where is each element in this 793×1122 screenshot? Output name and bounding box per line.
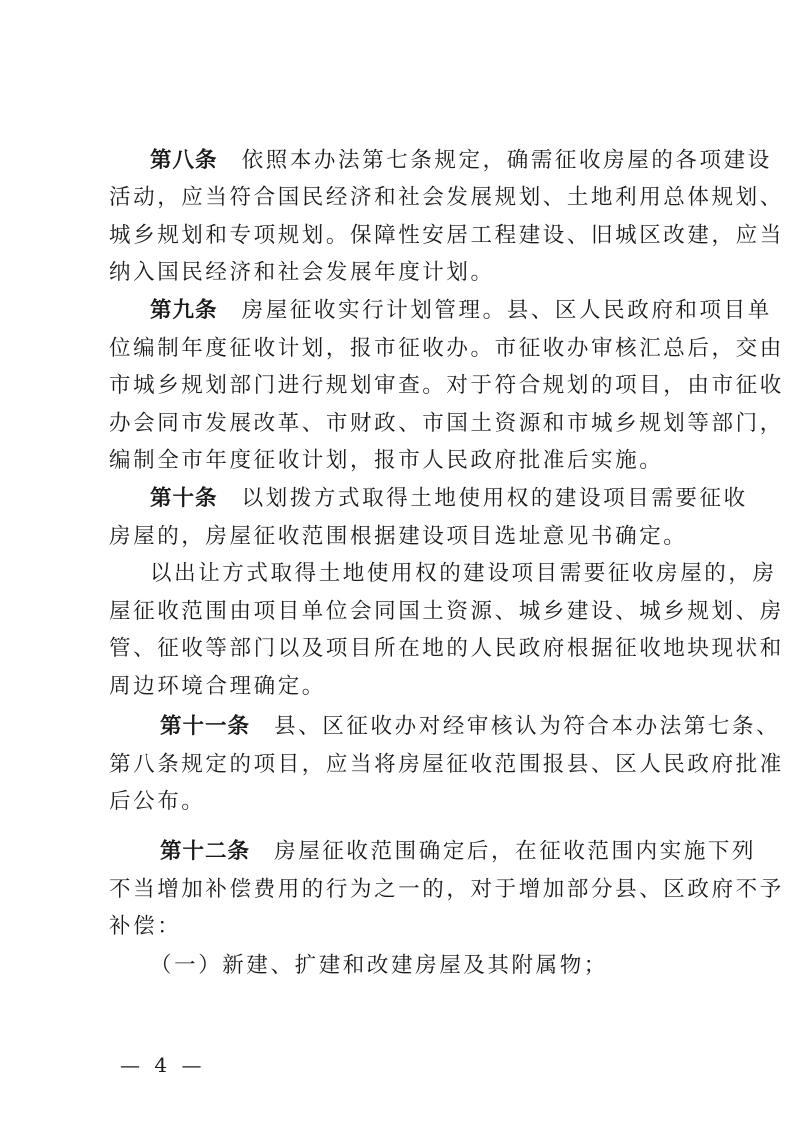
article-10-para2-line-1: 以出让方式取得土地使用权的建设项目需要征收房屋的，房: [150, 559, 777, 589]
article-11-line-1: 第十一条 县、区征收办对经审核认为符合本办法第七条、: [160, 712, 780, 742]
article-11-line-3: 后公布。: [109, 787, 205, 817]
article-12-line-3: 补偿：: [109, 912, 181, 942]
article-10-line-1: 第十条 以划拨方式取得土地使用权的建设项目需要征收: [150, 484, 748, 514]
article-9-line-5: 编制全市年度征收计划，报市人民政府批准后实施。: [109, 446, 663, 476]
article-8-line-1: 第八条 依照本办法第七条规定，确需征收房屋的各项建设: [150, 146, 772, 176]
article-12-line-1: 第十二条 房屋征收范围确定后，在征收范围内实施下列: [160, 837, 756, 867]
article-heading: 第十二条: [160, 839, 250, 864]
page-number: — 4 —: [120, 1053, 205, 1077]
article-9-line-1: 第九条 房屋征收实行计划管理。县、区人民政府和项目单: [150, 296, 772, 326]
article-10-line-2: 房屋的，房屋征收范围根据建设项目选址意见书确定。: [109, 522, 687, 552]
article-11-line-2: 第八条规定的项目，应当将房屋征收范围报县、区人民政府批准: [109, 750, 784, 780]
article-10-para2-line-2: 屋征收范围由项目单位会同国土资源、城乡建设、城乡规划、房: [109, 597, 784, 627]
article-8-line-2: 活动，应当符合国民经济和社会发展规划、土地利用总体规划、: [109, 183, 784, 213]
article-heading: 第十条: [150, 486, 218, 511]
article-10-para2-line-3: 管、征收等部门以及项目所在地的人民政府根据征收地块现状和: [109, 634, 784, 664]
article-9-line-4: 办会同市发展改革、市财政、市国土资源和市城乡规划等部门，: [109, 409, 784, 439]
article-8-line-4: 纳入国民经济和社会发展年度计划。: [109, 258, 495, 288]
article-12-item-1: （一）新建、扩建和改建房屋及其附属物；: [150, 951, 608, 981]
document-page: 第八条 依照本办法第七条规定，确需征收房屋的各项建设 活动，应当符合国民经济和社…: [0, 0, 793, 1122]
article-heading: 第八条: [150, 148, 218, 173]
article-8-line-3: 城乡规划和专项规划。保障性安居工程建设、旧城区改建，应当: [109, 221, 784, 251]
article-heading: 第十一条: [160, 714, 250, 739]
article-9-line-3: 市城乡规划部门进行规划审查。对于符合规划的项目，由市征收: [109, 371, 784, 401]
article-10-para2-line-4: 周边环境合理确定。: [109, 672, 326, 702]
article-heading: 第九条: [150, 298, 218, 323]
article-12-line-2: 不当增加补偿费用的行为之一的，对于增加部分县、区政府不予: [109, 875, 784, 905]
article-9-line-2: 位编制年度征收计划，报市征收办。市征收办审核汇总后，交由: [109, 334, 784, 364]
